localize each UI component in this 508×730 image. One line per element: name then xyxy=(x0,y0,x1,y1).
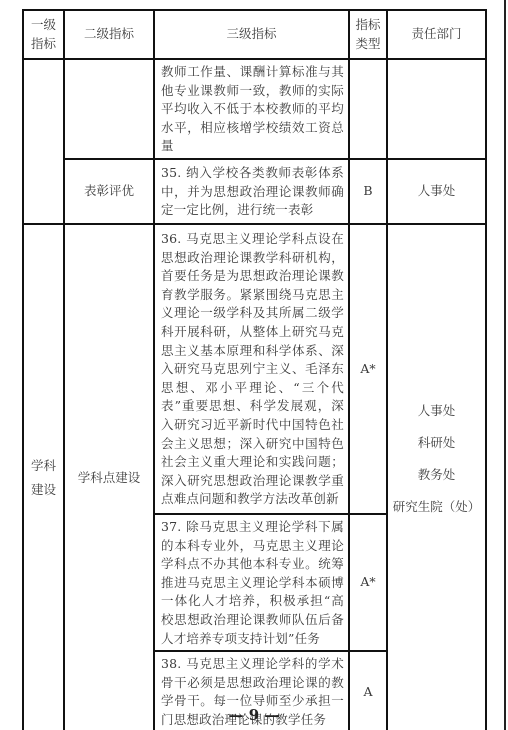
cell-level3: 教师工作量、课酬计算标准与其他专业课教师一致，教师的实际平均收入不低于本校教师的… xyxy=(154,59,349,159)
header-type: 指标 类型 xyxy=(349,10,387,59)
cell-level3: 37. 除马克思主义理论学科下属的本科专业外，马克思主义理论学科点不办其他本科专… xyxy=(154,514,349,651)
page-edge-line xyxy=(504,0,506,730)
table-row: 学科 建设 学科点建设 36. 马克思主义理论学科点设在思想政治理论课教学科研机… xyxy=(23,224,486,514)
cell-level2: 学科点建设 xyxy=(64,224,154,730)
indicator-table: 一级 指标 二级指标 三级指标 指标 类型 责任部门 教师工作量、课酬计算标准与… xyxy=(22,9,487,730)
level1-line1: 学科 xyxy=(24,454,63,478)
cell-type-empty xyxy=(349,59,387,159)
header-level2: 二级指标 xyxy=(64,10,154,59)
cell-dept: 人事处 xyxy=(387,159,486,224)
header-level1-line2: 指标 xyxy=(24,35,63,54)
cell-dept-empty xyxy=(387,59,486,159)
header-type-line2: 类型 xyxy=(350,35,386,54)
header-dept: 责任部门 xyxy=(387,10,486,59)
cell-level2: 表彰评优 xyxy=(64,159,154,224)
table-row: 教师工作量、课酬计算标准与其他专业课教师一致，教师的实际平均收入不低于本校教师的… xyxy=(23,59,486,159)
cell-type: A* xyxy=(349,224,387,514)
cell-dept-list: 人事处 科研处 教务处 研究生院（处） xyxy=(387,224,486,730)
cell-level3: 36. 马克思主义理论学科点设在思想政治理论课教学科研机构，首要任务是为思想政治… xyxy=(154,224,349,514)
header-type-line1: 指标 xyxy=(350,16,386,35)
cell-level3: 35. 纳入学校各类教师表彰体系中，并为思想政治理论课教师确定一定比例，进行统一… xyxy=(154,159,349,224)
cell-type: A* xyxy=(349,514,387,651)
header-level1-line1: 一级 xyxy=(24,16,63,35)
cell-level2-empty xyxy=(64,59,154,159)
cell-level1: 学科 建设 xyxy=(23,224,64,730)
dept-item: 科研处 xyxy=(388,427,485,459)
header-level3: 三级指标 xyxy=(154,10,349,59)
cell-type: B xyxy=(349,159,387,224)
dept-item: 研究生院（处） xyxy=(388,491,485,523)
dept-item: 人事处 xyxy=(388,395,485,427)
table-row: 表彰评优 35. 纳入学校各类教师表彰体系中，并为思想政治理论课教师确定一定比例… xyxy=(23,159,486,224)
cell-level1-empty xyxy=(23,59,64,224)
header-level1: 一级 指标 xyxy=(23,10,64,59)
level1-line2: 建设 xyxy=(24,478,63,502)
table-header-row: 一级 指标 二级指标 三级指标 指标 类型 责任部门 xyxy=(23,10,486,59)
page-number: — 9 — xyxy=(0,706,508,724)
dept-item: 教务处 xyxy=(388,459,485,491)
